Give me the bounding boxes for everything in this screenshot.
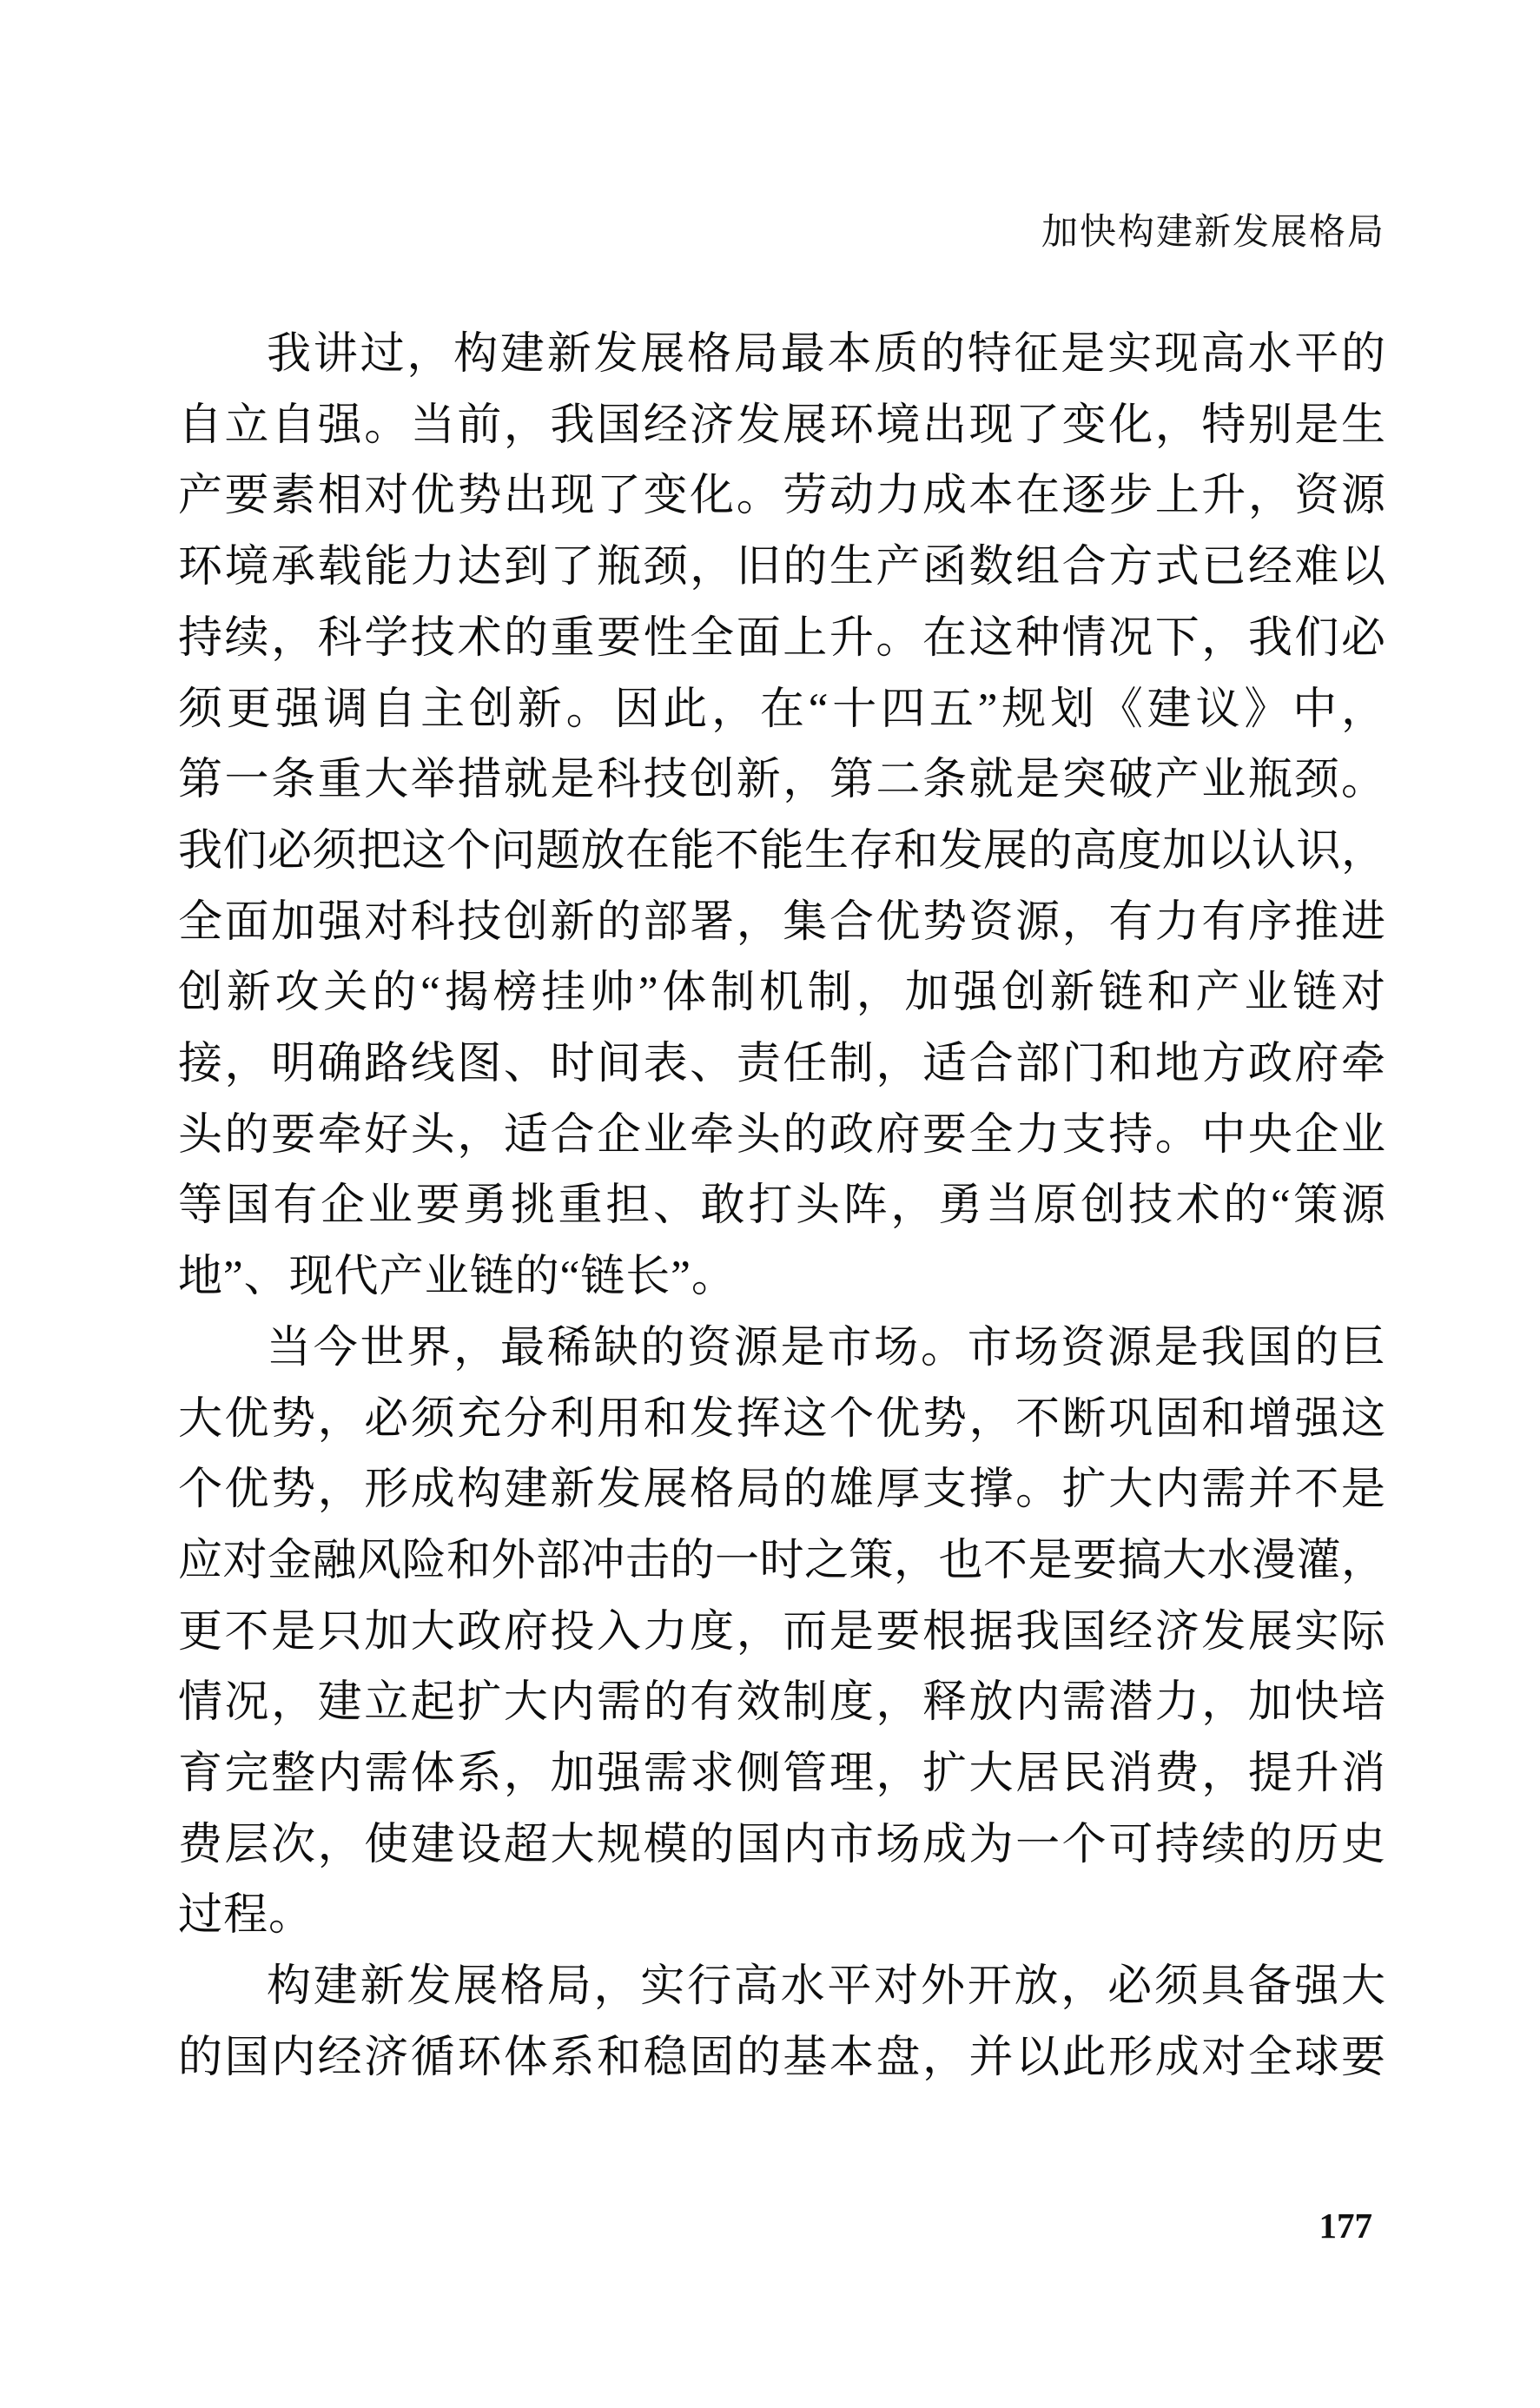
text-line: 地”、现代产业链的“链长”。 <box>178 1242 1385 1313</box>
text-line: 个优势，形成构建新发展格局的雄厚支撑。扩大内需并不是 <box>178 1455 1385 1526</box>
book-page: 加快构建新发展格局 我讲过，构建新发展格局最本质的特征是实现高水平的自立自强。当… <box>0 0 1540 2408</box>
text-line: 全面加强对科技创新的部署，集合优势资源，有力有序推进 <box>178 888 1385 959</box>
text-line: 等国有企业要勇挑重担、敢打头阵，勇当原创技术的“策源 <box>178 1171 1385 1242</box>
text-line: 接，明确路线图、时间表、责任制，适合部门和地方政府牵 <box>178 1029 1385 1101</box>
text-line: 第一条重大举措就是科技创新，第二条就是突破产业瓶颈。 <box>178 745 1385 817</box>
text-line: 创新攻关的“揭榜挂帅”体制机制，加强创新链和产业链对 <box>178 958 1385 1029</box>
text-line: 我讲过，构建新发展格局最本质的特征是实现高水平的 <box>178 320 1385 391</box>
text-line: 我们必须把这个问题放在能不能生存和发展的高度加以认识， <box>178 817 1385 888</box>
text-line: 构建新发展格局，实行高水平对外开放，必须具备强大 <box>178 1952 1385 2023</box>
running-header: 加快构建新发展格局 <box>178 212 1385 254</box>
text-line: 产要素相对优势出现了变化。劳动力成本在逐步上升，资源 <box>178 461 1385 533</box>
text-line: 费层次，使建设超大规模的国内市场成为一个可持续的历史 <box>178 1810 1385 1882</box>
text-line: 过程。 <box>178 1881 1385 1952</box>
text-line: 头的要牵好头，适合企业牵头的政府要全力支持。中央企业 <box>178 1101 1385 1172</box>
text-line: 当今世界，最稀缺的资源是市场。市场资源是我国的巨 <box>178 1313 1385 1385</box>
text-line: 应对金融风险和外部冲击的一时之策，也不是要搞大水漫灌， <box>178 1526 1385 1598</box>
text-line: 的国内经济循环体系和稳固的基本盘，并以此形成对全球要 <box>178 2023 1385 2094</box>
text-line: 持续，科学技术的重要性全面上升。在这种情况下，我们必 <box>178 604 1385 675</box>
text-line: 自立自强。当前，我国经济发展环境出现了变化，特别是生 <box>178 391 1385 462</box>
text-line: 情况，建立起扩大内需的有效制度，释放内需潜力，加快培 <box>178 1668 1385 1739</box>
text-line: 环境承载能力达到了瓶颈，旧的生产函数组合方式已经难以 <box>178 533 1385 604</box>
text-line: 大优势，必须充分利用和发挥这个优势，不断巩固和增强这 <box>178 1385 1385 1456</box>
text-line: 育完整内需体系，加强需求侧管理，扩大居民消费，提升消 <box>178 1739 1385 1810</box>
body-text: 我讲过，构建新发展格局最本质的特征是实现高水平的自立自强。当前，我国经济发展环境… <box>178 320 1385 2094</box>
text-line: 须更强调自主创新。因此，在“十四五”规划《建议》中， <box>178 675 1385 746</box>
page-number: 177 <box>178 2205 1372 2246</box>
text-line: 更不是只加大政府投入力度，而是要根据我国经济发展实际 <box>178 1598 1385 1669</box>
